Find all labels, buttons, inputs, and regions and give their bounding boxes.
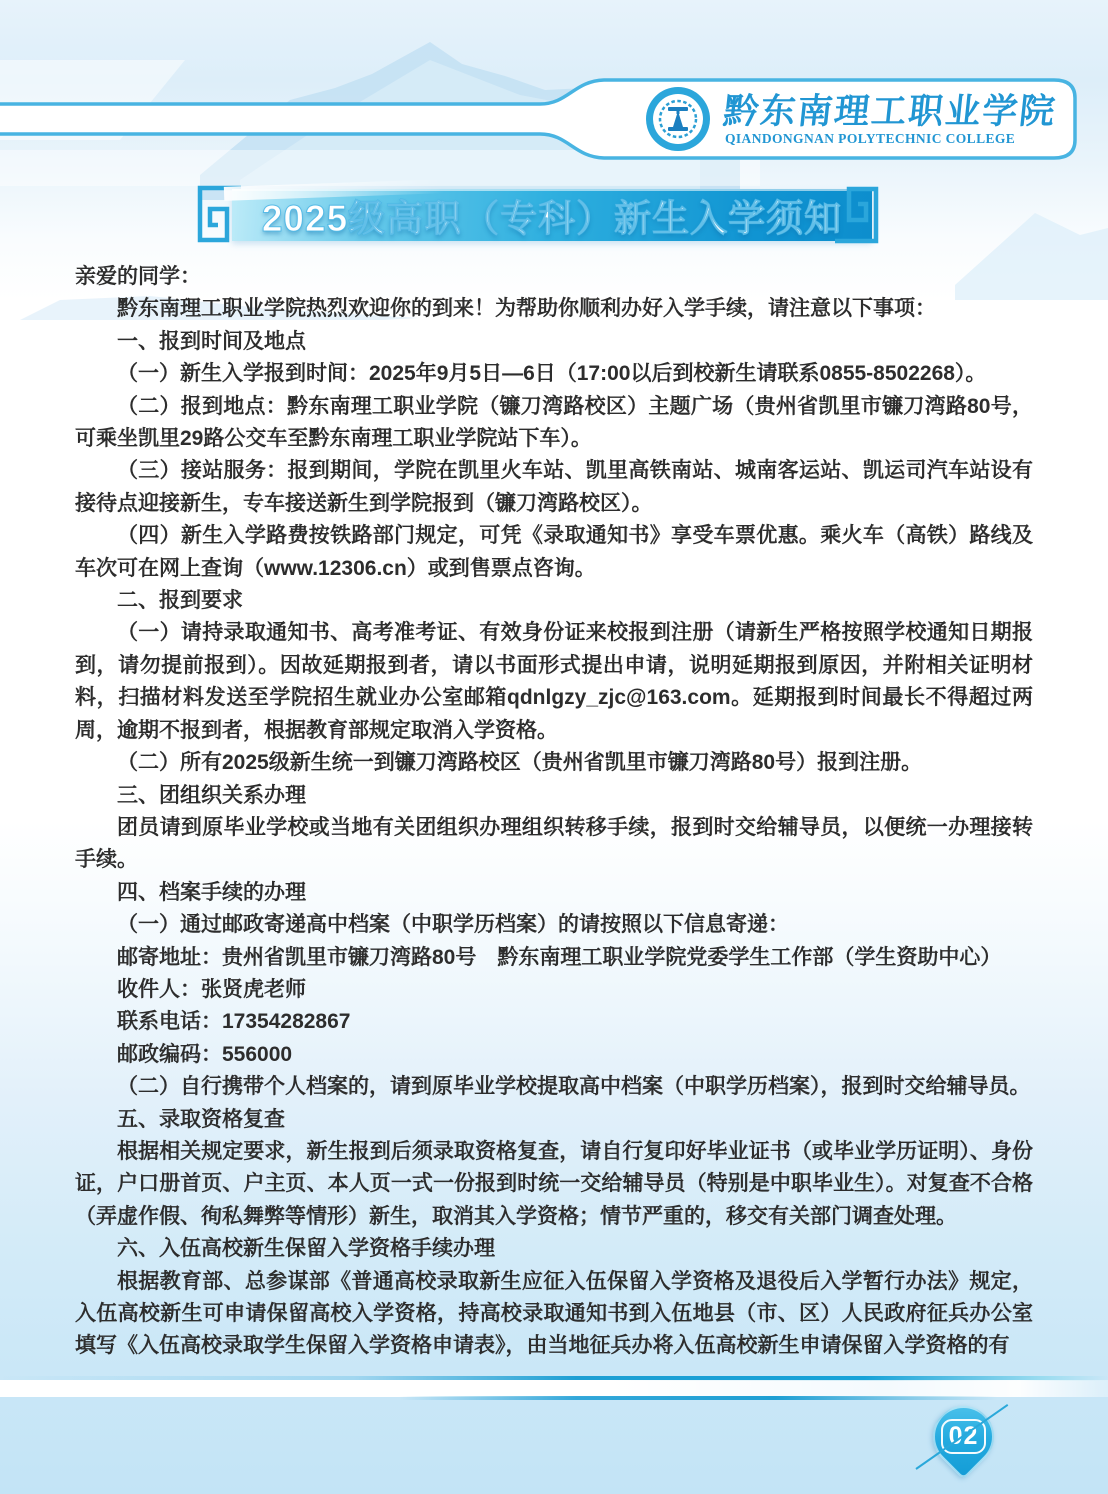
- stripe-white-band: [0, 1380, 1108, 1397]
- college-logo-icon: [644, 85, 712, 153]
- section-heading: 一、报到时间及地点: [75, 326, 1033, 358]
- notice-paragraph: （四）新生入学路费按铁路部门规定，可凭《录取通知书》享受车票优惠。乘火车（高铁）…: [75, 520, 1033, 585]
- college-name-en: QIANDONGNAN POLYTECHNIC COLLEGE: [725, 131, 1065, 147]
- notice-paragraph: 根据教育部、总参谋部《普通高校录取新生应征入伍保留入学资格及退役后入学暂行办法》…: [75, 1266, 1033, 1363]
- stripe-bottom-line: [0, 1396, 1108, 1400]
- notice-paragraph: 邮政编码：556000: [75, 1039, 1033, 1071]
- section-heading: 四、档案手续的办理: [75, 877, 1033, 909]
- notice-paragraph: （一）请持录取通知书、高考准考证、有效身份证来校报到注册（请新生严格按照学校通知…: [75, 617, 1033, 747]
- notice-paragraph: （二）自行携带个人档案的，请到原毕业学校提取高中档案（中职学历档案），报到时交给…: [75, 1071, 1033, 1103]
- page-title: 2025级高职（专科）新生入学须知: [262, 188, 842, 242]
- notice-paragraph: （三）接站服务：报到期间，学院在凯里火车站、凯里高铁南站、城南客运站、凯运司汽车…: [75, 455, 1033, 520]
- notice-body: 亲爱的同学：黔东南理工职业学院热烈欢迎你的到来！为帮助你顺利办好入学手续，请注意…: [75, 261, 1033, 1373]
- section-heading: 六、入伍高校新生保留入学资格手续办理: [75, 1233, 1033, 1265]
- notice-title-banner: 2025级高职（专科）新生入学须知: [232, 189, 872, 241]
- notice-paragraph: 收件人：张贤虎老师: [75, 974, 1033, 1006]
- notice-paragraph: （二）报到地点：黔东南理工职业学院（镰刀湾路校区）主题广场（贵州省凯里市镰刀湾路…: [75, 391, 1033, 456]
- footer-stripe: [0, 1376, 1108, 1403]
- notice-paragraph: （一）新生入学报到时间：2025年9月5日—6日（17:00以后到校新生请联系0…: [75, 358, 1033, 390]
- notice-paragraph: 黔东南理工职业学院热烈欢迎你的到来！为帮助你顺利办好入学手续，请注意以下事项：: [75, 293, 1033, 325]
- section-heading: 二、报到要求: [75, 585, 1033, 617]
- notice-paragraph: 根据相关规定要求，新生报到后须录取资格复查，请自行复印好毕业证书（或毕业学历证明…: [75, 1136, 1033, 1233]
- notice-paragraph: （二）所有2025级新生统一到镰刀湾路校区（贵州省凯里市镰刀湾路80号）报到注册…: [75, 747, 1033, 779]
- notice-page: 黔东南理工职业学院 QIANDONGNAN POLYTECHNIC COLLEG…: [0, 0, 1108, 1494]
- greek-key-icon: [833, 186, 879, 244]
- notice-paragraph: 团员请到原毕业学校或当地有关团组织办理组织转移手续，报到时交给辅导员，以便统一办…: [75, 812, 1033, 877]
- college-name-zh: 黔东南理工职业学院: [722, 84, 1057, 128]
- notice-paragraph: （一）通过邮政寄递高中档案（中职学历档案）的请按照以下信息寄递：: [75, 909, 1033, 941]
- section-heading: 五、录取资格复查: [75, 1104, 1033, 1136]
- notice-paragraph: 亲爱的同学：: [75, 261, 1033, 293]
- section-heading: 三、团组织关系办理: [75, 780, 1033, 812]
- notice-paragraph: 邮寄地址：贵州省凯里市镰刀湾路80号 黔东南理工职业学院党委学生工作部（学生资助…: [75, 942, 1033, 974]
- notice-paragraph: 联系电话：17354282867: [75, 1006, 1033, 1038]
